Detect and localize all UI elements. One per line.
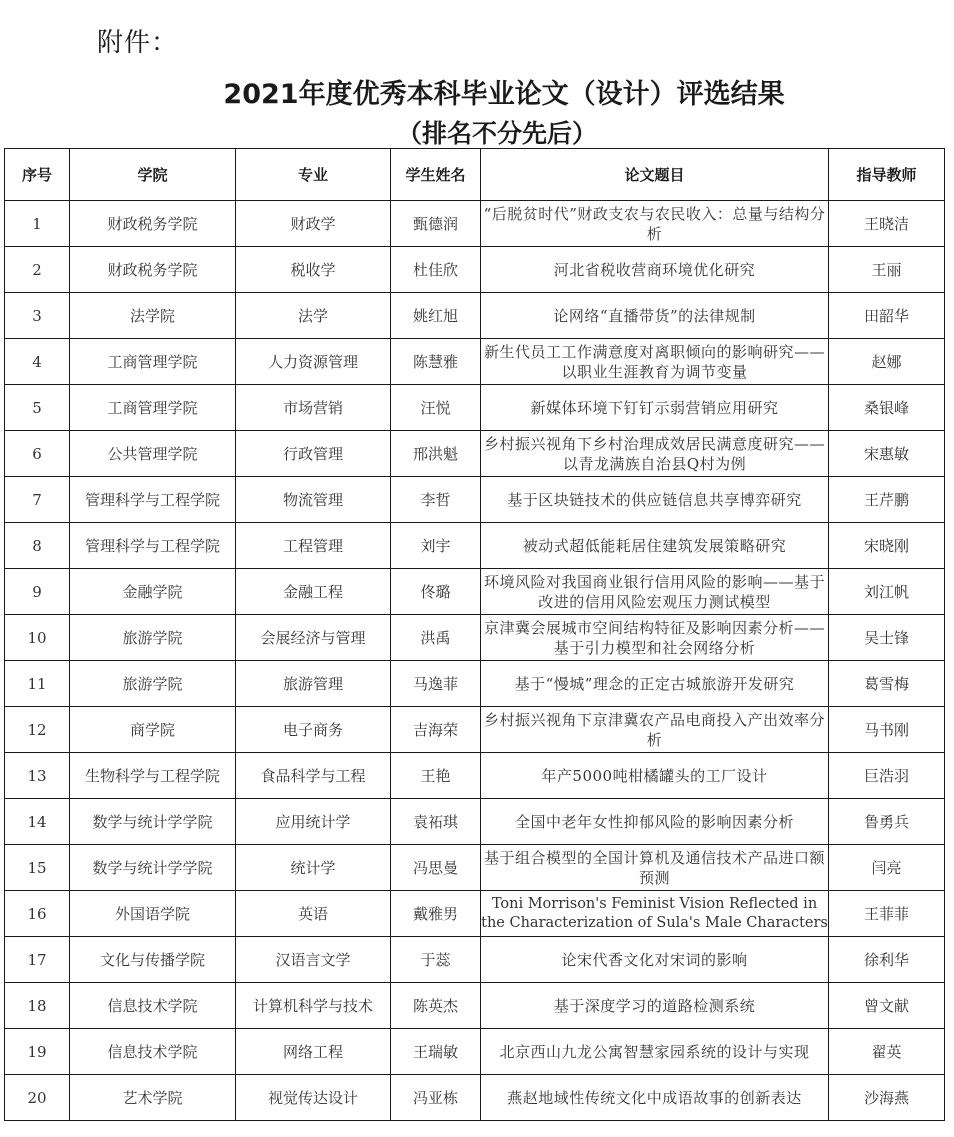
table-row: 11旅游学院旅游管理马逸菲基于“慢城”理念的正定古城旅游开发研究葛雪梅 <box>5 661 945 707</box>
cell-advisor: 宋惠敏 <box>829 431 945 477</box>
cell-advisor: 宋晓刚 <box>829 523 945 569</box>
cell-college: 公共管理学院 <box>70 431 236 477</box>
cell-student: 马逸菲 <box>391 661 481 707</box>
cell-thesis: 论网络“直播带货”的法律规制 <box>481 293 829 339</box>
cell-thesis: 北京西山九龙公寓智慧家园系统的设计与实现 <box>481 1029 829 1075</box>
cell-student: 刘宇 <box>391 523 481 569</box>
cell-student: 汪悦 <box>391 385 481 431</box>
cell-thesis: 环境风险对我国商业银行信用风险的影响——基于改进的信用风险宏观压力测试模型 <box>481 569 829 615</box>
cell-college: 工商管理学院 <box>70 385 236 431</box>
cell-major: 工程管理 <box>236 523 391 569</box>
table-row: 10旅游学院会展经济与管理洪禹京津冀会展城市空间结构特征及影响因素分析——基于引… <box>5 615 945 661</box>
cell-no: 2 <box>5 247 70 293</box>
cell-major: 英语 <box>236 891 391 937</box>
cell-advisor: 马书刚 <box>829 707 945 753</box>
cell-major: 物流管理 <box>236 477 391 523</box>
cell-major: 旅游管理 <box>236 661 391 707</box>
cell-major: 税收学 <box>236 247 391 293</box>
cell-advisor: 沙海燕 <box>829 1075 945 1121</box>
cell-student: 戴雅男 <box>391 891 481 937</box>
cell-advisor: 桑银峰 <box>829 385 945 431</box>
table-row: 9金融学院金融工程佟璐环境风险对我国商业银行信用风险的影响——基于改进的信用风险… <box>5 569 945 615</box>
table-row: 2财政税务学院税收学杜佳欣河北省税收营商环境优化研究王丽 <box>5 247 945 293</box>
cell-thesis: 乡村振兴视角下乡村治理成效居民满意度研究——以青龙满族自治县Q村为例 <box>481 431 829 477</box>
cell-student: 袁祏琪 <box>391 799 481 845</box>
cell-college: 财政税务学院 <box>70 201 236 247</box>
cell-thesis: 新媒体环境下钉钉示弱营销应用研究 <box>481 385 829 431</box>
cell-major: 法学 <box>236 293 391 339</box>
cell-major: 行政管理 <box>236 431 391 477</box>
header-college: 学院 <box>70 149 236 201</box>
cell-student: 陈慧雅 <box>391 339 481 385</box>
cell-student: 王艳 <box>391 753 481 799</box>
attachment-label: 附件： <box>97 22 178 59</box>
cell-advisor: 田韶华 <box>829 293 945 339</box>
cell-no: 20 <box>5 1075 70 1121</box>
cell-no: 12 <box>5 707 70 753</box>
cell-no: 9 <box>5 569 70 615</box>
cell-thesis: 论宋代香文化对宋词的影响 <box>481 937 829 983</box>
cell-student: 吉海荣 <box>391 707 481 753</box>
cell-no: 3 <box>5 293 70 339</box>
cell-college: 数学与统计学学院 <box>70 845 236 891</box>
cell-thesis: 基于“慢城”理念的正定古城旅游开发研究 <box>481 661 829 707</box>
cell-advisor: 闫亮 <box>829 845 945 891</box>
cell-advisor: 王菲菲 <box>829 891 945 937</box>
cell-advisor: 王芹鹏 <box>829 477 945 523</box>
cell-major: 金融工程 <box>236 569 391 615</box>
cell-college: 信息技术学院 <box>70 983 236 1029</box>
cell-no: 10 <box>5 615 70 661</box>
cell-major: 会展经济与管理 <box>236 615 391 661</box>
cell-thesis: 被动式超低能耗居住建筑发展策略研究 <box>481 523 829 569</box>
cell-major: 汉语言文学 <box>236 937 391 983</box>
cell-thesis: “后脱贫时代”财政支农与农民收入：总量与结构分析 <box>481 201 829 247</box>
table-row: 4工商管理学院人力资源管理陈慧雅新生代员工工作满意度对离职倾向的影响研究——以职… <box>5 339 945 385</box>
cell-student: 王瑞敏 <box>391 1029 481 1075</box>
cell-student: 杜佳欣 <box>391 247 481 293</box>
cell-major: 计算机科学与技术 <box>236 983 391 1029</box>
cell-college: 旅游学院 <box>70 615 236 661</box>
table-row: 13生物科学与工程学院食品科学与工程王艳年产5000吨柑橘罐头的工厂设计巨浩羽 <box>5 753 945 799</box>
cell-advisor: 赵娜 <box>829 339 945 385</box>
cell-thesis: 京津冀会展城市空间结构特征及影响因素分析——基于引力模型和社会网络分析 <box>481 615 829 661</box>
cell-no: 17 <box>5 937 70 983</box>
cell-major: 电子商务 <box>236 707 391 753</box>
document-subtitle: （排名不分先后） <box>0 114 954 150</box>
cell-student: 甄德润 <box>391 201 481 247</box>
cell-major: 视觉传达设计 <box>236 1075 391 1121</box>
cell-no: 8 <box>5 523 70 569</box>
table-row: 20艺术学院视觉传达设计冯亚栋燕赵地域性传统文化中成语故事的创新表达沙海燕 <box>5 1075 945 1121</box>
cell-college: 文化与传播学院 <box>70 937 236 983</box>
cell-student: 邢洪魁 <box>391 431 481 477</box>
cell-advisor: 刘江帆 <box>829 569 945 615</box>
cell-student: 佟璐 <box>391 569 481 615</box>
cell-major: 人力资源管理 <box>236 339 391 385</box>
cell-advisor: 葛雪梅 <box>829 661 945 707</box>
cell-student: 洪禹 <box>391 615 481 661</box>
table-row: 16外国语学院英语戴雅男Toni Morrison's Feminist Vis… <box>5 891 945 937</box>
cell-college: 管理科学与工程学院 <box>70 523 236 569</box>
cell-college: 财政税务学院 <box>70 247 236 293</box>
cell-student: 冯亚栋 <box>391 1075 481 1121</box>
table-row: 12商学院电子商务吉海荣乡村振兴视角下京津冀农产品电商投入产出效率分析马书刚 <box>5 707 945 753</box>
cell-no: 13 <box>5 753 70 799</box>
cell-thesis: 乡村振兴视角下京津冀农产品电商投入产出效率分析 <box>481 707 829 753</box>
cell-advisor: 翟英 <box>829 1029 945 1075</box>
cell-no: 5 <box>5 385 70 431</box>
cell-no: 4 <box>5 339 70 385</box>
cell-thesis: 河北省税收营商环境优化研究 <box>481 247 829 293</box>
cell-college: 数学与统计学学院 <box>70 799 236 845</box>
table-header-row: 序号 学院 专业 学生姓名 论文题目 指导教师 <box>5 149 945 201</box>
cell-no: 6 <box>5 431 70 477</box>
cell-no: 15 <box>5 845 70 891</box>
cell-college: 外国语学院 <box>70 891 236 937</box>
cell-no: 19 <box>5 1029 70 1075</box>
table-row: 17文化与传播学院汉语言文学于蕊论宋代香文化对宋词的影响徐利华 <box>5 937 945 983</box>
cell-college: 金融学院 <box>70 569 236 615</box>
table-row: 6公共管理学院行政管理邢洪魁乡村振兴视角下乡村治理成效居民满意度研究——以青龙满… <box>5 431 945 477</box>
cell-advisor: 徐利华 <box>829 937 945 983</box>
table-row: 3法学院法学姚红旭论网络“直播带货”的法律规制田韶华 <box>5 293 945 339</box>
cell-advisor: 曾文献 <box>829 983 945 1029</box>
cell-major: 应用统计学 <box>236 799 391 845</box>
cell-advisor: 王丽 <box>829 247 945 293</box>
header-no: 序号 <box>5 149 70 201</box>
cell-major: 统计学 <box>236 845 391 891</box>
table-row: 15数学与统计学学院统计学冯思曼基于组合模型的全国计算机及通信技术产品进口额预测… <box>5 845 945 891</box>
cell-major: 财政学 <box>236 201 391 247</box>
cell-thesis: 全国中老年女性抑郁风险的影响因素分析 <box>481 799 829 845</box>
cell-advisor: 王晓洁 <box>829 201 945 247</box>
cell-student: 姚红旭 <box>391 293 481 339</box>
cell-college: 生物科学与工程学院 <box>70 753 236 799</box>
cell-thesis: Toni Morrison's Feminist Vision Reflecte… <box>481 891 829 937</box>
cell-no: 7 <box>5 477 70 523</box>
cell-thesis: 基于组合模型的全国计算机及通信技术产品进口额预测 <box>481 845 829 891</box>
table-row: 19信息技术学院网络工程王瑞敏北京西山九龙公寓智慧家园系统的设计与实现翟英 <box>5 1029 945 1075</box>
cell-college: 旅游学院 <box>70 661 236 707</box>
cell-college: 法学院 <box>70 293 236 339</box>
table-row: 14数学与统计学学院应用统计学袁祏琪全国中老年女性抑郁风险的影响因素分析鲁勇兵 <box>5 799 945 845</box>
cell-no: 11 <box>5 661 70 707</box>
cell-advisor: 鲁勇兵 <box>829 799 945 845</box>
cell-college: 商学院 <box>70 707 236 753</box>
cell-student: 李哲 <box>391 477 481 523</box>
table-row: 7管理科学与工程学院物流管理李哲基于区块链技术的供应链信息共享博弈研究王芹鹏 <box>5 477 945 523</box>
cell-college: 艺术学院 <box>70 1075 236 1121</box>
cell-thesis: 年产5000吨柑橘罐头的工厂设计 <box>481 753 829 799</box>
cell-thesis: 燕赵地域性传统文化中成语故事的创新表达 <box>481 1075 829 1121</box>
cell-major: 市场营销 <box>236 385 391 431</box>
cell-college: 管理科学与工程学院 <box>70 477 236 523</box>
cell-major: 网络工程 <box>236 1029 391 1075</box>
header-major: 专业 <box>236 149 391 201</box>
cell-college: 信息技术学院 <box>70 1029 236 1075</box>
cell-advisor: 吴士锋 <box>829 615 945 661</box>
table-row: 8管理科学与工程学院工程管理刘宇被动式超低能耗居住建筑发展策略研究宋晓刚 <box>5 523 945 569</box>
cell-thesis: 基于区块链技术的供应链信息共享博弈研究 <box>481 477 829 523</box>
table-row: 1财政税务学院财政学甄德润“后脱贫时代”财政支农与农民收入：总量与结构分析王晓洁 <box>5 201 945 247</box>
cell-major: 食品科学与工程 <box>236 753 391 799</box>
cell-student: 陈英杰 <box>391 983 481 1029</box>
cell-advisor: 巨浩羽 <box>829 753 945 799</box>
cell-student: 冯思曼 <box>391 845 481 891</box>
table-row: 5工商管理学院市场营销汪悦新媒体环境下钉钉示弱营销应用研究桑银峰 <box>5 385 945 431</box>
document-title: 2021年度优秀本科毕业论文（设计）评选结果 <box>0 72 954 111</box>
cell-no: 18 <box>5 983 70 1029</box>
cell-student: 于蕊 <box>391 937 481 983</box>
cell-no: 1 <box>5 201 70 247</box>
cell-no: 14 <box>5 799 70 845</box>
cell-no: 16 <box>5 891 70 937</box>
header-thesis: 论文题目 <box>481 149 829 201</box>
results-table: 序号 学院 专业 学生姓名 论文题目 指导教师 1财政税务学院财政学甄德润“后脱… <box>4 148 945 1121</box>
cell-thesis: 基于深度学习的道路检测系统 <box>481 983 829 1029</box>
table-row: 18信息技术学院计算机科学与技术陈英杰基于深度学习的道路检测系统曾文献 <box>5 983 945 1029</box>
header-advisor: 指导教师 <box>829 149 945 201</box>
header-student: 学生姓名 <box>391 149 481 201</box>
cell-thesis: 新生代员工工作满意度对离职倾向的影响研究——以职业生涯教育为调节变量 <box>481 339 829 385</box>
cell-college: 工商管理学院 <box>70 339 236 385</box>
